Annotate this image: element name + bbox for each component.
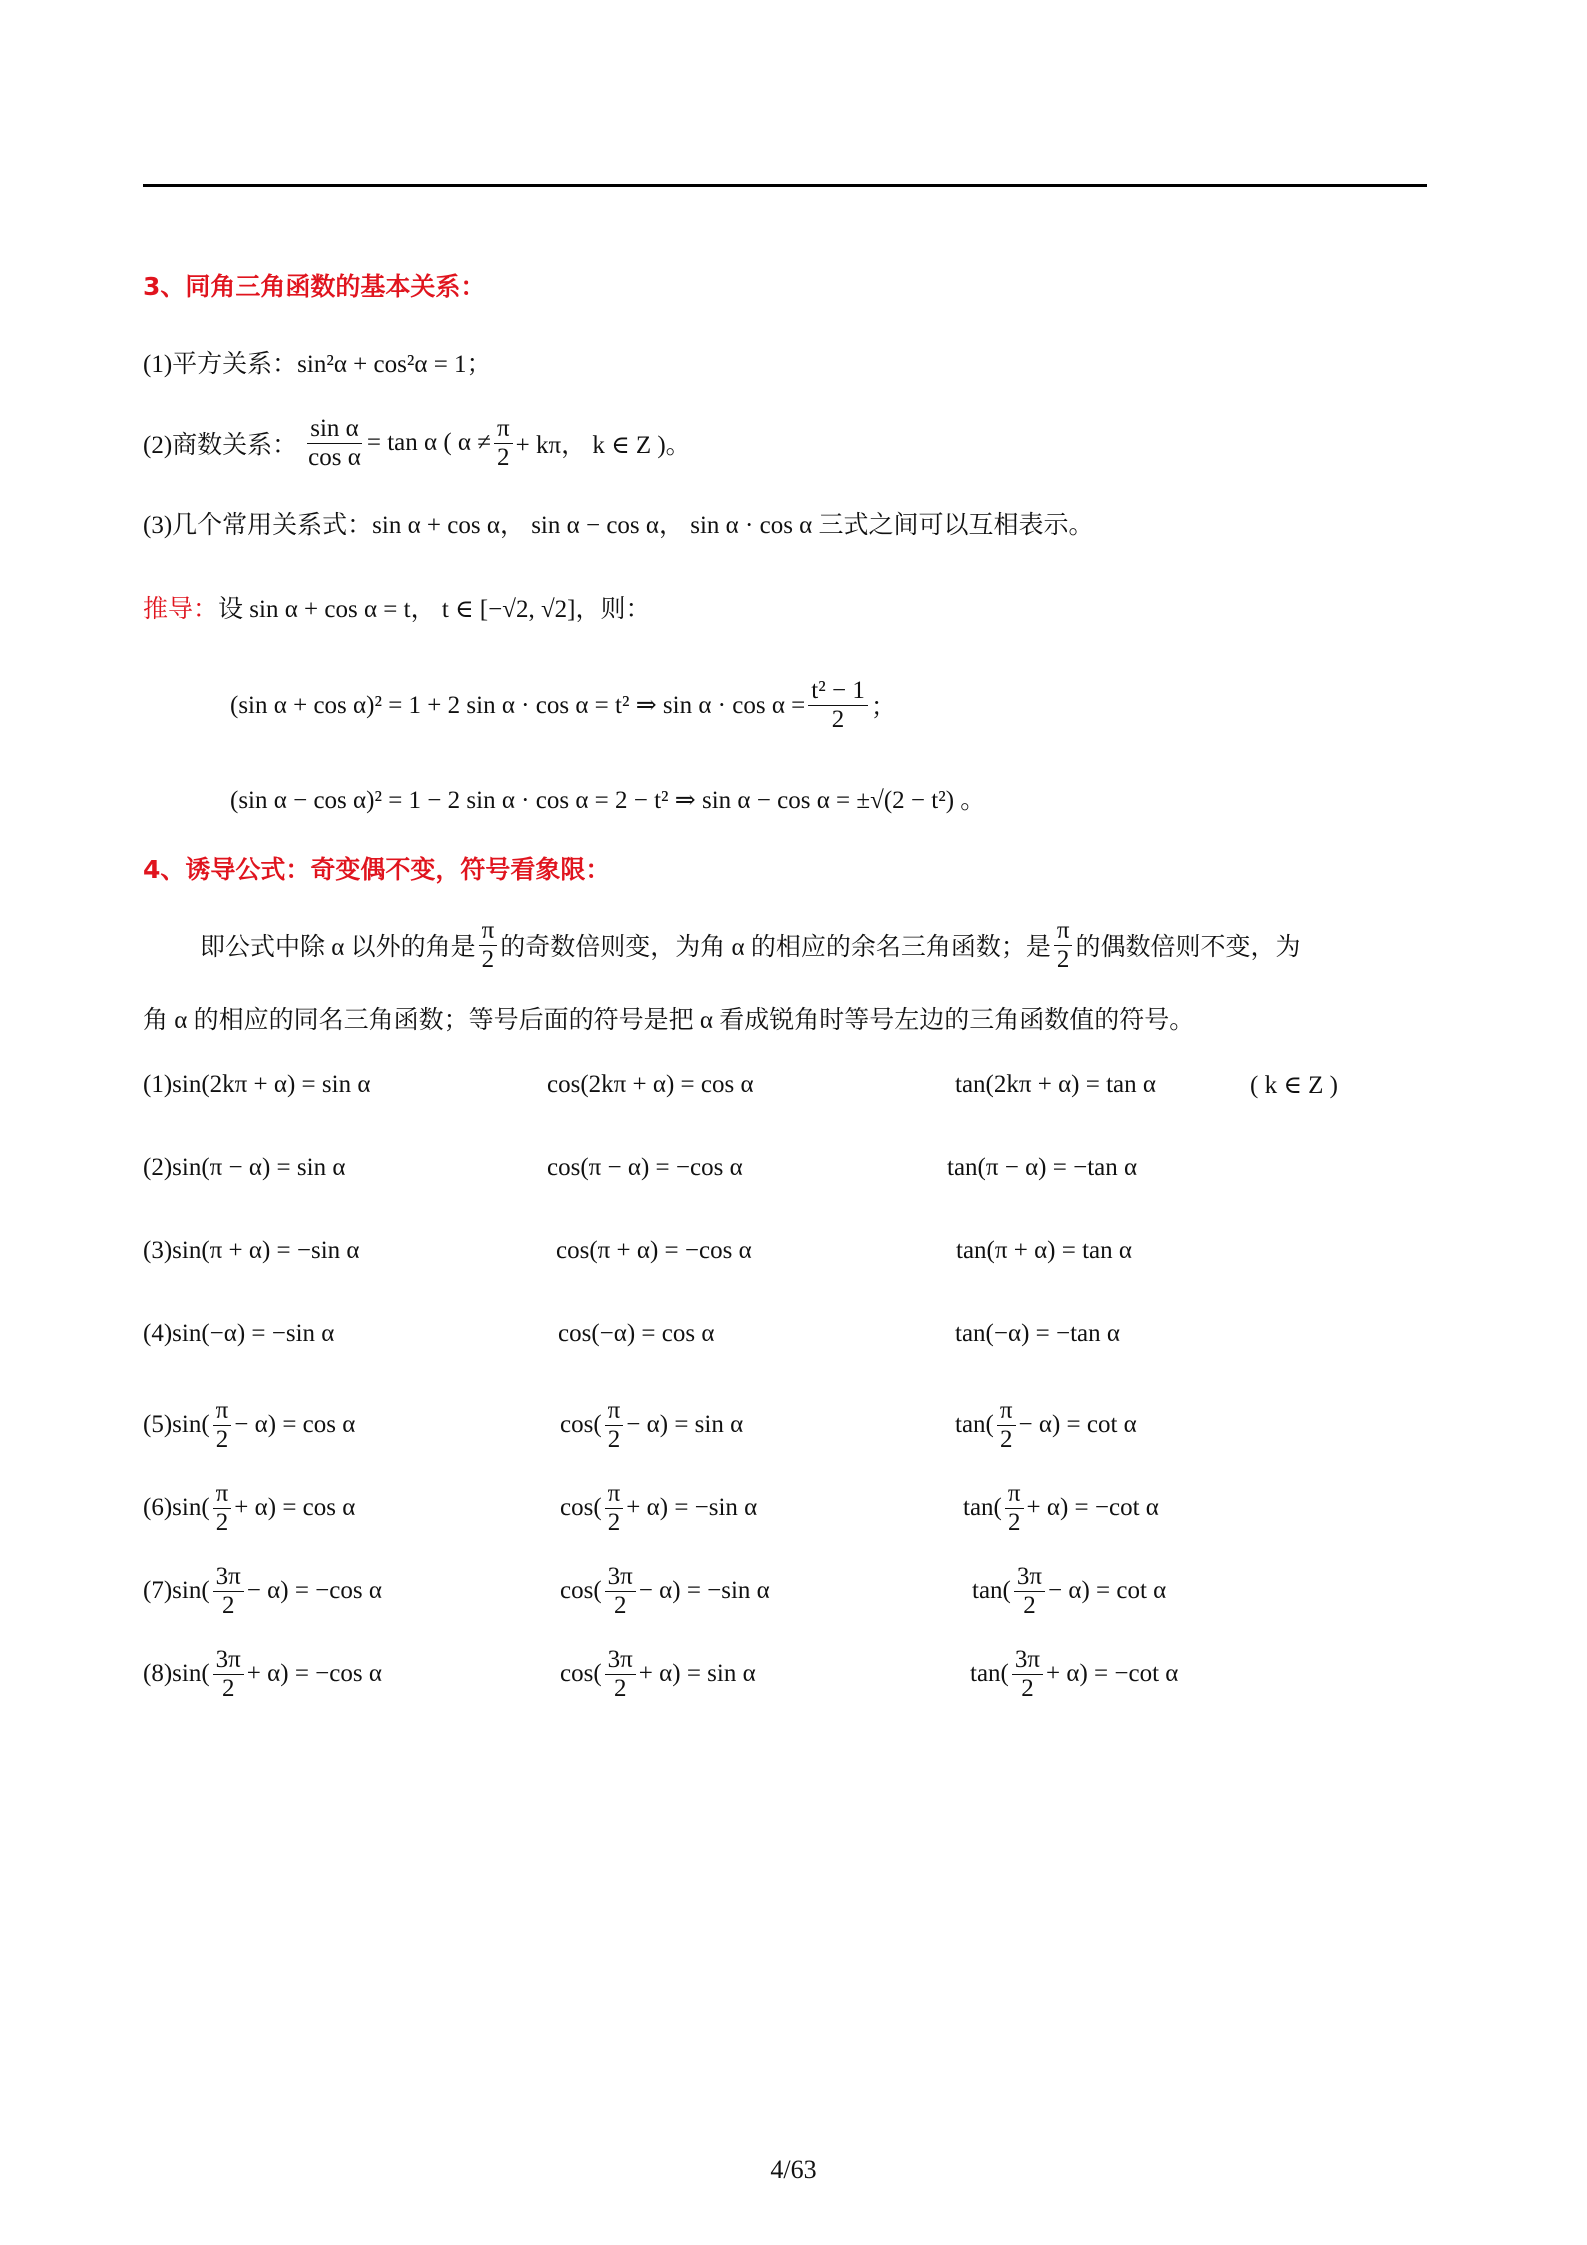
formula-2-tan: tan(π − α) = −tan α [947, 1133, 1137, 1203]
formula: sin²α + cos²α = 1； [297, 344, 491, 380]
fraction: π2 [605, 1480, 624, 1536]
denominator: 2 [829, 706, 848, 734]
formula: sin(−α) = −sin α [172, 1320, 334, 1348]
operator: − α) [247, 1577, 289, 1605]
formula-1-cos: cos(2kπ + α) = cos α [547, 1050, 754, 1120]
operator: + α) [1046, 1660, 1088, 1688]
formula: sin(2kπ + α) = sin α [172, 1071, 370, 1099]
result: = −cos α [295, 1577, 382, 1605]
denominator: 2 [611, 1592, 630, 1620]
row-label: (4) [143, 1320, 172, 1348]
derivation-eq2: (sin α − cos α)² = 1 − 2 sin α · cos α =… [230, 768, 985, 828]
paragraph-text: 即公式中除 α 以外的角是 [200, 927, 476, 963]
operator: − α) [639, 1577, 681, 1605]
row-label: (1) [143, 1071, 172, 1099]
condition-k-in-z: ( k ∈ Z ) [1250, 1050, 1338, 1120]
formula-6-cos: cos( π2 + α) = −sin α [560, 1473, 757, 1543]
denominator: 2 [997, 1426, 1016, 1454]
fraction: π 2 [1054, 917, 1073, 973]
row-label: (2) [143, 1154, 172, 1182]
formula-5-sin: (5) sin( π2 − α) = cos α [143, 1390, 355, 1460]
derivation-intro: 推导： 设 sin α + cos α = t， t ∈ [−√2, √2]，则… [143, 577, 651, 637]
result: = −sin α [674, 1494, 757, 1522]
fraction: π2 [1005, 1480, 1024, 1536]
formula-5-cos: cos( π2 − α) = sin α [560, 1390, 743, 1460]
result: = cot α [1096, 1577, 1166, 1605]
denominator: 2 [1020, 1592, 1039, 1620]
function-name: sin( [172, 1577, 210, 1605]
heading-text: 3、同角三角函数的基本关系： [143, 267, 485, 303]
formula: tan(−α) = −tan α [955, 1320, 1120, 1348]
fraction: π 2 [479, 917, 498, 973]
formula: sin(π + α) = −sin α [172, 1237, 359, 1265]
formula: tan(π − α) = −tan α [947, 1154, 1137, 1182]
fraction: 3π2 [605, 1563, 636, 1619]
denominator: 2 [219, 1675, 238, 1703]
formula-4-cos: cos(−α) = cos α [558, 1299, 714, 1369]
formula-2-cos: cos(π − α) = −cos α [547, 1133, 743, 1203]
fraction: 3π2 [1012, 1646, 1043, 1702]
formula-8-cos: cos( 3π2 + α) = sin α [560, 1639, 756, 1709]
operator: + α) [247, 1660, 289, 1688]
numerator: 3π [605, 1646, 636, 1675]
formula-1-sin: (1) sin(2kπ + α) = sin α [143, 1050, 370, 1120]
formula-mid: = tan α ( α ≠ [367, 429, 491, 457]
item-label: (3)几个常用关系式： [143, 505, 372, 541]
function-name: tan( [972, 1577, 1011, 1605]
formula: sin(π − α) = sin α [172, 1154, 345, 1182]
formula-5-tan: tan( π2 − α) = cot α [955, 1390, 1137, 1460]
function-name: tan( [955, 1411, 994, 1439]
heading-text: 4、诱导公式：奇变偶不变，符号看象限： [143, 850, 610, 886]
formula-4-tan: tan(−α) = −tan α [955, 1299, 1120, 1369]
result: = −cot α [1075, 1494, 1159, 1522]
fraction: π2 [213, 1397, 232, 1453]
result: = sin α [674, 1411, 743, 1439]
formula: tan(π + α) = tan α [956, 1237, 1132, 1265]
fraction: sin α cos α [305, 415, 364, 471]
fraction: 3π2 [605, 1646, 636, 1702]
operator: + α) [626, 1494, 668, 1522]
formula-7-cos: cos( 3π2 − α) = −sin α [560, 1556, 770, 1626]
fraction: 3π2 [1014, 1563, 1045, 1619]
item-label: (1)平方关系： [143, 344, 297, 380]
result: = −sin α [687, 1577, 770, 1605]
numerator: π [1054, 917, 1073, 946]
row-label: (3) [143, 1237, 172, 1265]
numerator: 3π [605, 1563, 636, 1592]
formula: cos(π − α) = −cos α [547, 1154, 743, 1182]
denominator: 2 [1054, 946, 1073, 974]
numerator: π [997, 1397, 1016, 1426]
condition-text: ( k ∈ Z ) [1250, 1070, 1338, 1100]
formula-8-tan: tan( 3π2 + α) = −cot α [970, 1639, 1178, 1709]
function-name: cos( [560, 1577, 602, 1605]
denominator: 2 [605, 1426, 624, 1454]
operator: − α) [1019, 1411, 1061, 1439]
formula-1-tan: tan(2kπ + α) = tan α [955, 1050, 1156, 1120]
row-label: (8) [143, 1660, 172, 1688]
formula-7-tan: tan( 3π2 − α) = cot α [972, 1556, 1166, 1626]
fraction: π2 [997, 1397, 1016, 1453]
formula: cos(π + α) = −cos α [556, 1237, 752, 1265]
fraction: 3π2 [213, 1563, 244, 1619]
numerator: π [605, 1480, 624, 1509]
formula-2-sin: (2) sin(π − α) = sin α [143, 1133, 345, 1203]
formula-7-sin: (7) sin( 3π2 − α) = −cos α [143, 1556, 382, 1626]
denominator: 2 [1005, 1509, 1024, 1537]
item-label: (2)商数关系： [143, 425, 297, 461]
derivation-eq1: (sin α + cos α)² = 1 + 2 sin α · cos α =… [230, 665, 896, 745]
fraction: t² − 1 2 [808, 677, 868, 733]
result: = cot α [1067, 1411, 1137, 1439]
fraction: π2 [605, 1397, 624, 1453]
numerator: 3π [1014, 1563, 1045, 1592]
row-label: (7) [143, 1577, 172, 1605]
numerator: 3π [213, 1563, 244, 1592]
function-name: tan( [970, 1660, 1009, 1688]
numerator: π [605, 1397, 624, 1426]
item-common-relations: (3)几个常用关系式： sin α + cos α， sin α − cos α… [143, 493, 1094, 553]
result: = −cos α [295, 1660, 382, 1688]
formula: tan(2kπ + α) = tan α [955, 1071, 1156, 1099]
numerator: π [1005, 1480, 1024, 1509]
operator: + α) [234, 1494, 276, 1522]
result: = cos α [282, 1494, 355, 1522]
formula-tail: + kπ， k ∈ Z )。 [516, 425, 691, 461]
formula-3-cos: cos(π + α) = −cos α [556, 1216, 752, 1286]
header-rule [143, 184, 1427, 187]
section-3-heading: 3、同角三角函数的基本关系： [143, 255, 485, 315]
item-quotient-relation: (2)商数关系： sin α cos α = tan α ( α ≠ π 2 +… [143, 403, 691, 483]
function-name: sin( [172, 1411, 210, 1439]
formula-3-tan: tan(π + α) = tan α [956, 1216, 1132, 1286]
section-4-heading: 4、诱导公式：奇变偶不变，符号看象限： [143, 838, 610, 898]
numerator: sin α [307, 415, 362, 444]
paragraph-text: 角 α 的相应的同名三角函数；等号后面的符号是把 α 看成锐角时等号左边的三角函… [143, 1000, 1194, 1036]
derivation-label: 推导： [143, 589, 218, 625]
numerator: π [494, 415, 513, 444]
denominator: 2 [494, 444, 513, 472]
denominator: 2 [605, 1509, 624, 1537]
formula-8-sin: (8) sin( 3π2 + α) = −cos α [143, 1639, 382, 1709]
formula-tail: ； [871, 687, 896, 723]
formula-4-sin: (4) sin(−α) = −sin α [143, 1299, 334, 1369]
function-name: sin( [172, 1660, 210, 1688]
numerator: t² − 1 [808, 677, 868, 706]
numerator: π [213, 1397, 232, 1426]
denominator: 2 [219, 1592, 238, 1620]
row-label: (6) [143, 1494, 172, 1522]
function-name: cos( [560, 1411, 602, 1439]
formula-3-sin: (3) sin(π + α) = −sin α [143, 1216, 360, 1286]
function-name: sin( [172, 1494, 210, 1522]
result: = sin α [687, 1660, 756, 1688]
page-number: 4/63 [0, 2155, 1587, 2185]
function-name: cos( [560, 1660, 602, 1688]
denominator: 2 [213, 1509, 232, 1537]
function-name: cos( [560, 1494, 602, 1522]
fraction: π 2 [494, 415, 513, 471]
fraction: π2 [213, 1480, 232, 1536]
operator: − α) [234, 1411, 276, 1439]
denominator: 2 [1018, 1675, 1037, 1703]
formula: (sin α + cos α)² = 1 + 2 sin α · cos α =… [230, 690, 805, 720]
numerator: π [213, 1480, 232, 1509]
result: = cos α [282, 1411, 355, 1439]
mnemonic-paragraph-line2: 角 α 的相应的同名三角函数；等号后面的符号是把 α 看成锐角时等号左边的三角函… [143, 988, 1194, 1048]
denominator: cos α [305, 444, 364, 472]
operator: − α) [626, 1411, 668, 1439]
paragraph-text: 的奇数倍则变，为角 α 的相应的余名三角函数；是 [500, 927, 1051, 963]
formula-6-tan: tan( π2 + α) = −cot α [963, 1473, 1159, 1543]
numerator: 3π [1012, 1646, 1043, 1675]
item-square-relation: (1)平方关系： sin²α + cos²α = 1； [143, 332, 492, 392]
function-name: tan( [963, 1494, 1002, 1522]
formula: cos(2kπ + α) = cos α [547, 1071, 754, 1099]
result: = −cot α [1094, 1660, 1178, 1688]
numerator: π [479, 917, 498, 946]
numerator: 3π [213, 1646, 244, 1675]
derivation-text: 设 sin α + cos α = t， t ∈ [−√2, √2]，则： [218, 589, 650, 625]
formula-6-sin: (6) sin( π2 + α) = cos α [143, 1473, 355, 1543]
operator: + α) [1027, 1494, 1069, 1522]
formula: (sin α − cos α)² = 1 − 2 sin α · cos α =… [230, 780, 985, 816]
formula: cos(−α) = cos α [558, 1320, 714, 1348]
row-label: (5) [143, 1411, 172, 1439]
denominator: 2 [479, 946, 498, 974]
fraction: 3π2 [213, 1646, 244, 1702]
denominator: 2 [611, 1675, 630, 1703]
mnemonic-paragraph-line1: 即公式中除 α 以外的角是 π 2 的奇数倍则变，为角 α 的相应的余名三角函数… [200, 905, 1300, 985]
paragraph-text: 的偶数倍则不变，为 [1075, 927, 1300, 963]
operator: + α) [639, 1660, 681, 1688]
operator: − α) [1048, 1577, 1090, 1605]
formula: sin α + cos α， sin α − cos α， sin α · co… [372, 505, 1093, 541]
denominator: 2 [213, 1426, 232, 1454]
